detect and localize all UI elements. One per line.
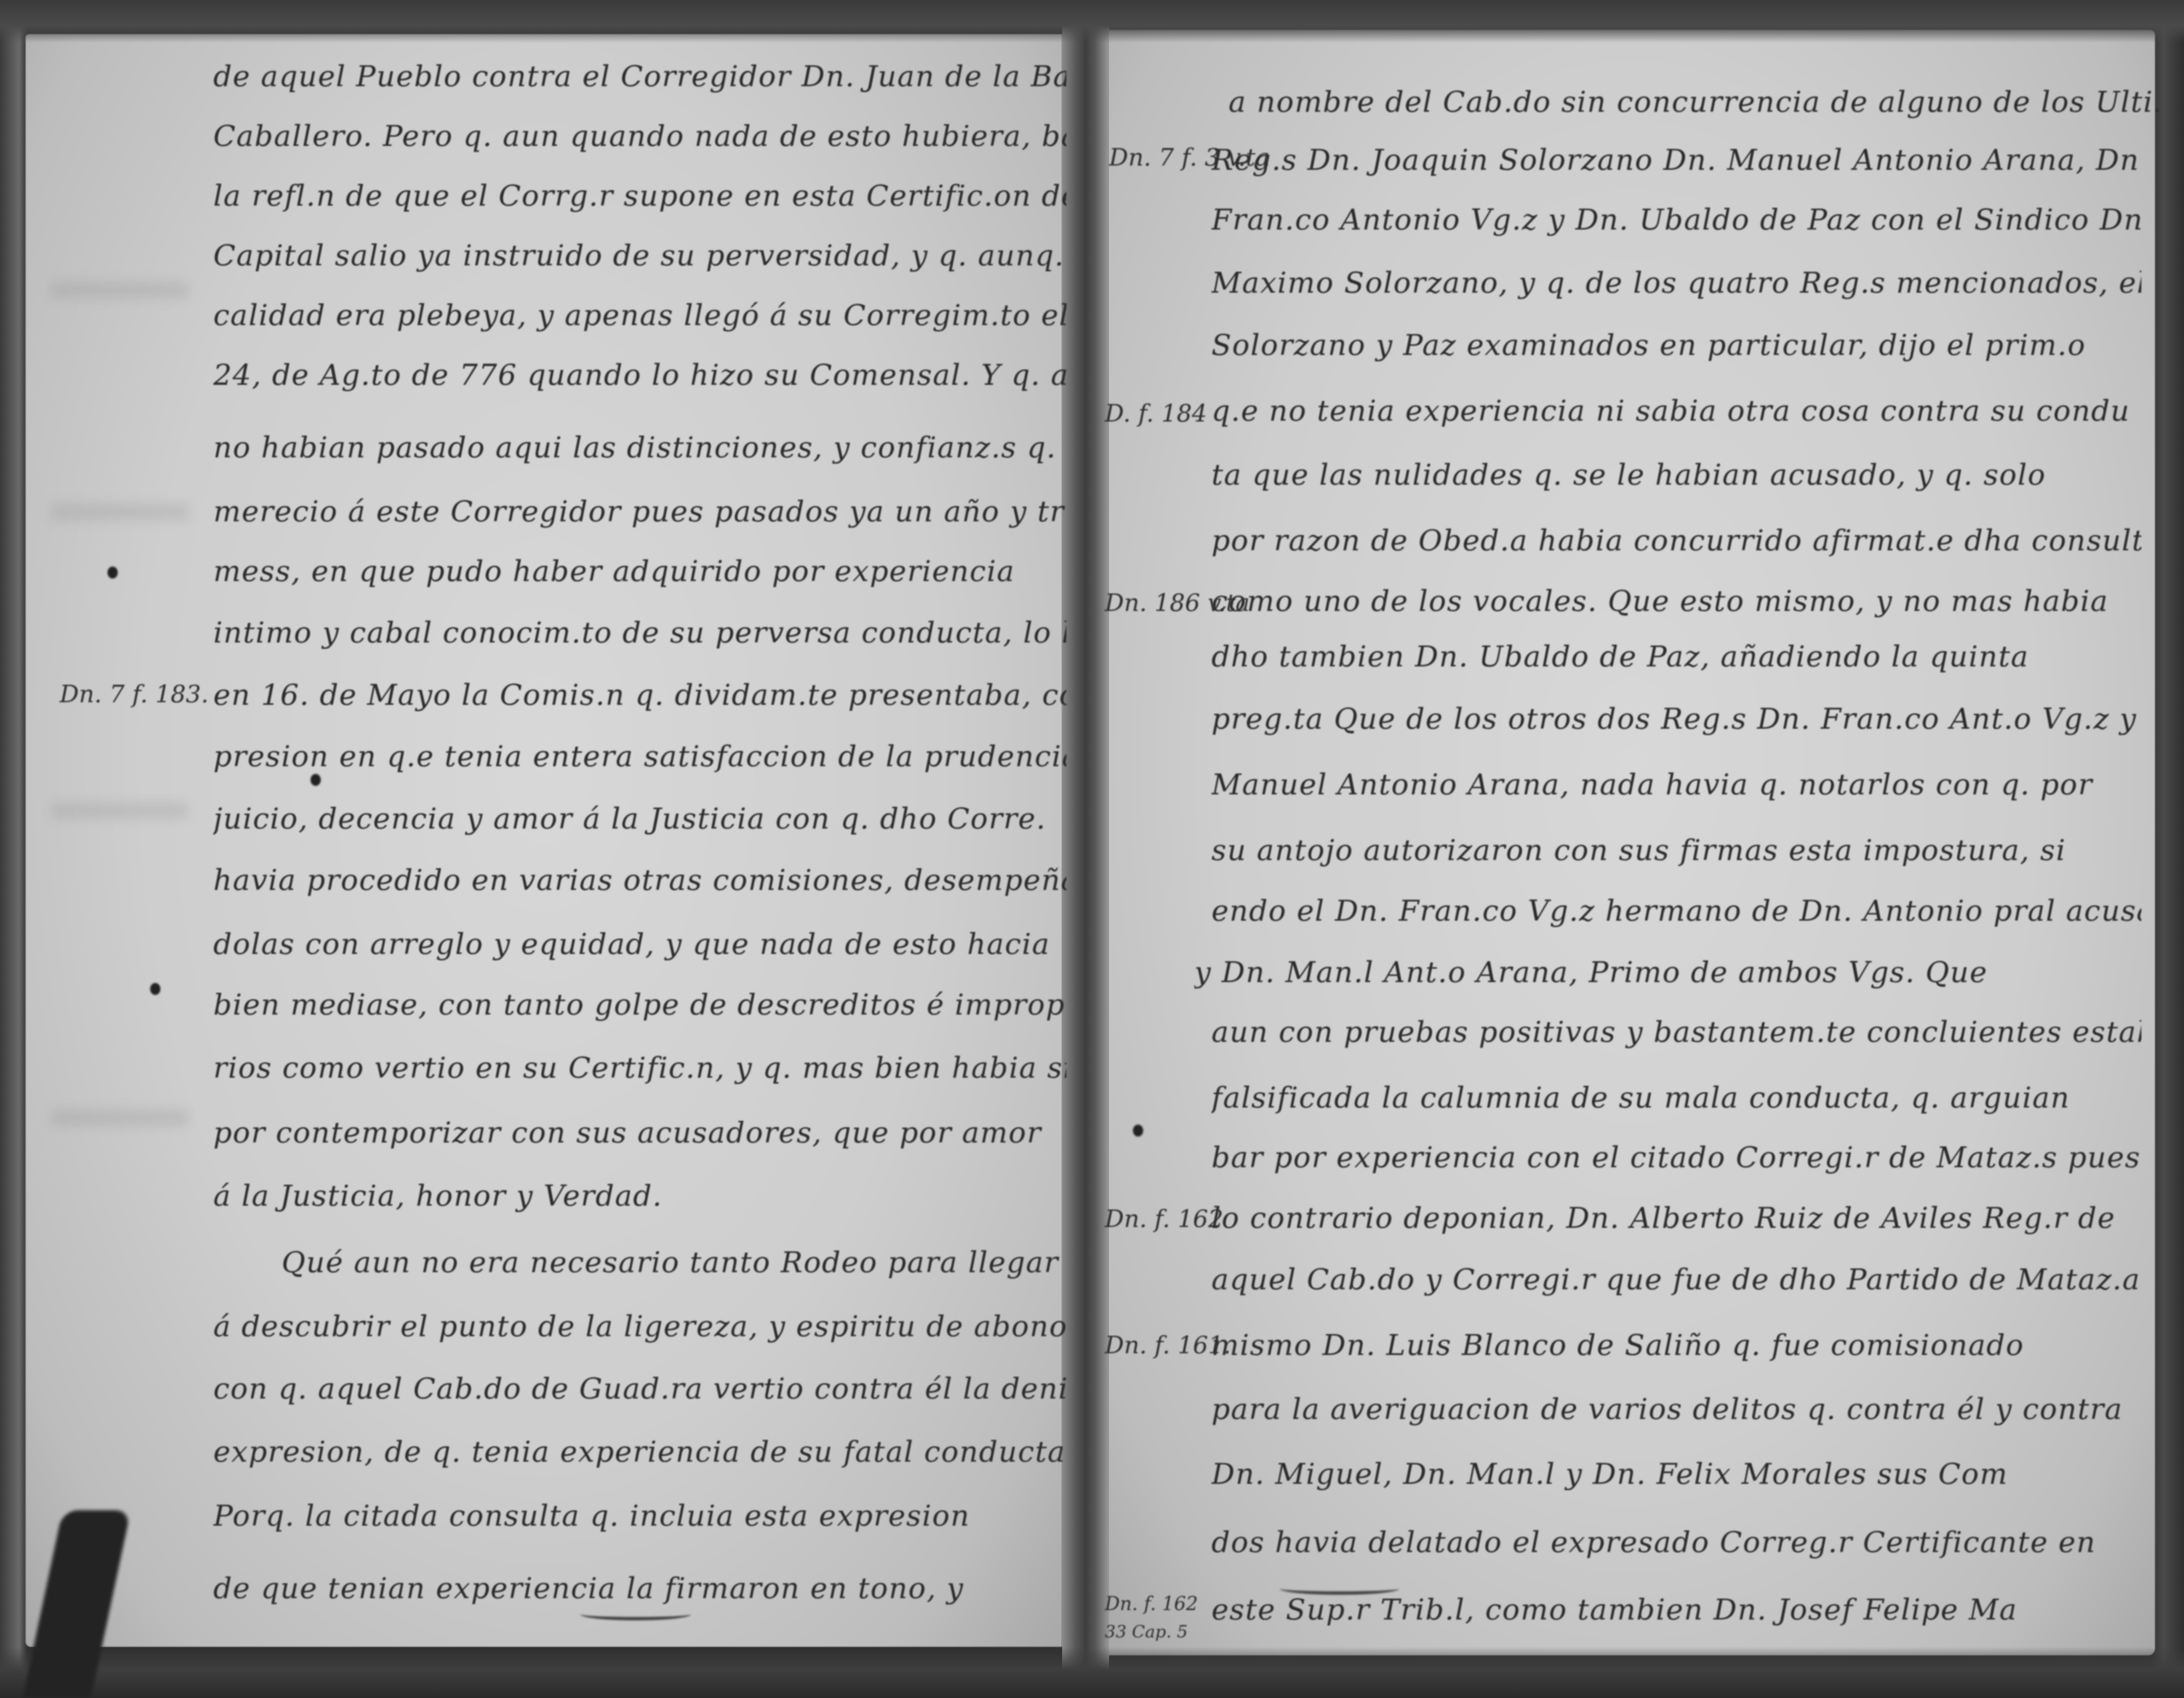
right-text-line: como uno de los vocales. Que esto mismo,… <box>1211 584 2141 619</box>
underline <box>1254 1236 2107 1239</box>
left-text-line: rios como vertio en su Certific.n, y q. … <box>213 1051 1066 1085</box>
left-text-line: havia procedido en varias otras comision… <box>213 864 1066 898</box>
manuscript-scan: de aquel Pueblo contra el Corregidor Dn.… <box>0 0 2184 1698</box>
right-text-line: ta que las nulidades q. se le habian acu… <box>1211 458 2141 492</box>
book-gutter <box>1062 0 1109 1698</box>
left-text-line: dolas con arreglo y equidad, y que nada … <box>213 928 1066 962</box>
left-text-line: expresion, de q. tenia experiencia de su… <box>213 1435 1066 1469</box>
right-text-line: para la averiguacion de varios delitos q… <box>1211 1393 2141 1427</box>
right-text-line: este Sup.r Trib.l, como tambien Dn. Jose… <box>1211 1593 2141 1627</box>
margin-folio-reference: Dn. 7 f. 3 v.ta <box>1109 143 1269 172</box>
right-text-line: falsificada la calumnia de su mala condu… <box>1211 1081 2141 1115</box>
left-text-line: 24, de Ag.to de 776 quando lo hizo su Co… <box>213 358 1066 393</box>
ink-blot <box>107 567 118 579</box>
left-text-line: á la Justicia, honor y Verdad. <box>213 1179 1066 1213</box>
left-text-line: presion en q.e tenia entera satisfaccion… <box>213 740 1066 774</box>
bleed-through-mark <box>51 1109 188 1126</box>
left-text-line: de aquel Pueblo contra el Corregidor Dn.… <box>213 60 1066 94</box>
left-text-line: Porq. la citada consulta q. incluia esta… <box>213 1499 1066 1533</box>
left-text-line: Caballero. Pero q. aun quando nada de es… <box>213 119 1066 154</box>
margin-folio-reference: Dn. 7 f. 183. <box>60 680 209 708</box>
right-text-line: aun con pruebas positivas y bastantem.te… <box>1211 1015 2141 1050</box>
left-text-line: Capital salio ya instruido de su pervers… <box>213 239 1066 273</box>
right-text-line: a nombre del Cab.do sin concurrencia de … <box>1228 85 2158 119</box>
flourish-mark <box>580 1608 691 1620</box>
right-text-line: Solorzano y Paz examinados en particular… <box>1211 329 2141 363</box>
left-text-line: de que tenian experiencia la firmaron en… <box>213 1572 1066 1606</box>
right-text-line: q.e no tenia experiencia ni sabia otra c… <box>1211 394 2141 428</box>
right-text-line: Manuel Antonio Arana, nada havia q. nota… <box>1211 768 2141 802</box>
right-text-line: su antojo autorizaron con sus firmas est… <box>1211 834 2141 868</box>
right-text-line: aquel Cab.do y Corregi.r que fue de dho … <box>1211 1263 2141 1297</box>
bleed-through-mark <box>51 503 188 520</box>
ink-blot <box>311 774 321 786</box>
left-text-line: la refl.n de que el Corrg.r supone en es… <box>213 179 1066 213</box>
right-text-line: dho tambien Dn. Ubaldo de Paz, añadiendo… <box>1211 640 2141 674</box>
left-text-line: mess, en que pudo haber adquirido por ex… <box>213 555 1066 589</box>
scan-edge-left <box>0 0 27 1698</box>
margin-folio-reference: Dn. f. 161. <box>1105 1331 1231 1359</box>
right-text-line: Fran.co Antonio Vg.z y Dn. Ubaldo de Paz… <box>1211 203 2141 237</box>
right-text-line: endo el Dn. Fran.co Vg.z hermano de Dn. … <box>1211 894 2141 928</box>
ink-blot <box>150 983 160 995</box>
margin-folio-reference: D. f. 184 <box>1105 399 1207 427</box>
right-text-line: y Dn. Man.l Ant.o Arana, Primo de ambos … <box>1194 956 2124 990</box>
right-text-line: lo contrario deponian, Dn. Alberto Ruiz … <box>1211 1201 2141 1236</box>
left-text-line: por contemporizar con sus acusadores, qu… <box>213 1116 1066 1150</box>
scan-edge-right <box>2150 0 2184 1698</box>
left-text-line: intimo y cabal conocim.to de su perversa… <box>213 616 1066 650</box>
right-text-line: por razon de Obed.a habia concurrido afi… <box>1211 524 2141 558</box>
ink-blot <box>1133 1125 1143 1137</box>
bleed-through-mark <box>51 802 188 819</box>
right-text-line: dos havia delatado el expresado Correg.r… <box>1211 1526 2141 1560</box>
left-text-line: juicio, decencia y amor á la Justicia co… <box>213 802 1066 836</box>
bleed-through-mark <box>51 282 188 299</box>
margin-folio-reference: Dn. f. 162 <box>1105 1205 1223 1233</box>
right-text-line: mismo Dn. Luis Blanco de Saliño q. fue c… <box>1211 1329 2141 1363</box>
scan-edge-bottom <box>0 1647 2184 1698</box>
scan-edge-top <box>0 0 2184 43</box>
margin-chapter-reference: 33 Cap. 5 <box>1105 1621 1188 1642</box>
left-text-line: merecio á este Corregidor pues pasados y… <box>213 495 1066 529</box>
left-text-line: calidad era plebeya, y apenas llegó á su… <box>213 299 1066 333</box>
left-text-line: no habian pasado aqui las distinciones, … <box>213 431 1066 465</box>
right-text-line: Maximo Solorzano, y q. de los quatro Reg… <box>1211 266 2141 300</box>
left-text-line: á descubrir el punto de la ligereza, y e… <box>213 1310 1066 1344</box>
margin-folio-reference: Dn. f. 162 <box>1105 1594 1198 1615</box>
margin-folio-reference: Dn. 186 v.ta <box>1105 589 1250 617</box>
right-text-line: preg.ta Que de los otros dos Reg.s Dn. F… <box>1211 702 2141 736</box>
right-text-line: bar por experiencia con el citado Correg… <box>1211 1141 2141 1175</box>
right-text-line: Reg.s Dn. Joaquin Solorzano Dn. Manuel A… <box>1211 143 2141 177</box>
left-text-line: Qué aun no era necesario tanto Rodeo par… <box>282 1246 1135 1280</box>
left-text-line: con q. aquel Cab.do de Guad.ra vertio co… <box>213 1372 1066 1406</box>
left-text-line: en 16. de Mayo la Comis.n q. dividam.te … <box>213 678 1066 712</box>
left-text-line: bien mediase, con tanto golpe de descred… <box>213 988 1066 1022</box>
right-text-line: Dn. Miguel, Dn. Man.l y Dn. Felix Morale… <box>1211 1457 2141 1492</box>
flourish-mark <box>1280 1583 1399 1595</box>
